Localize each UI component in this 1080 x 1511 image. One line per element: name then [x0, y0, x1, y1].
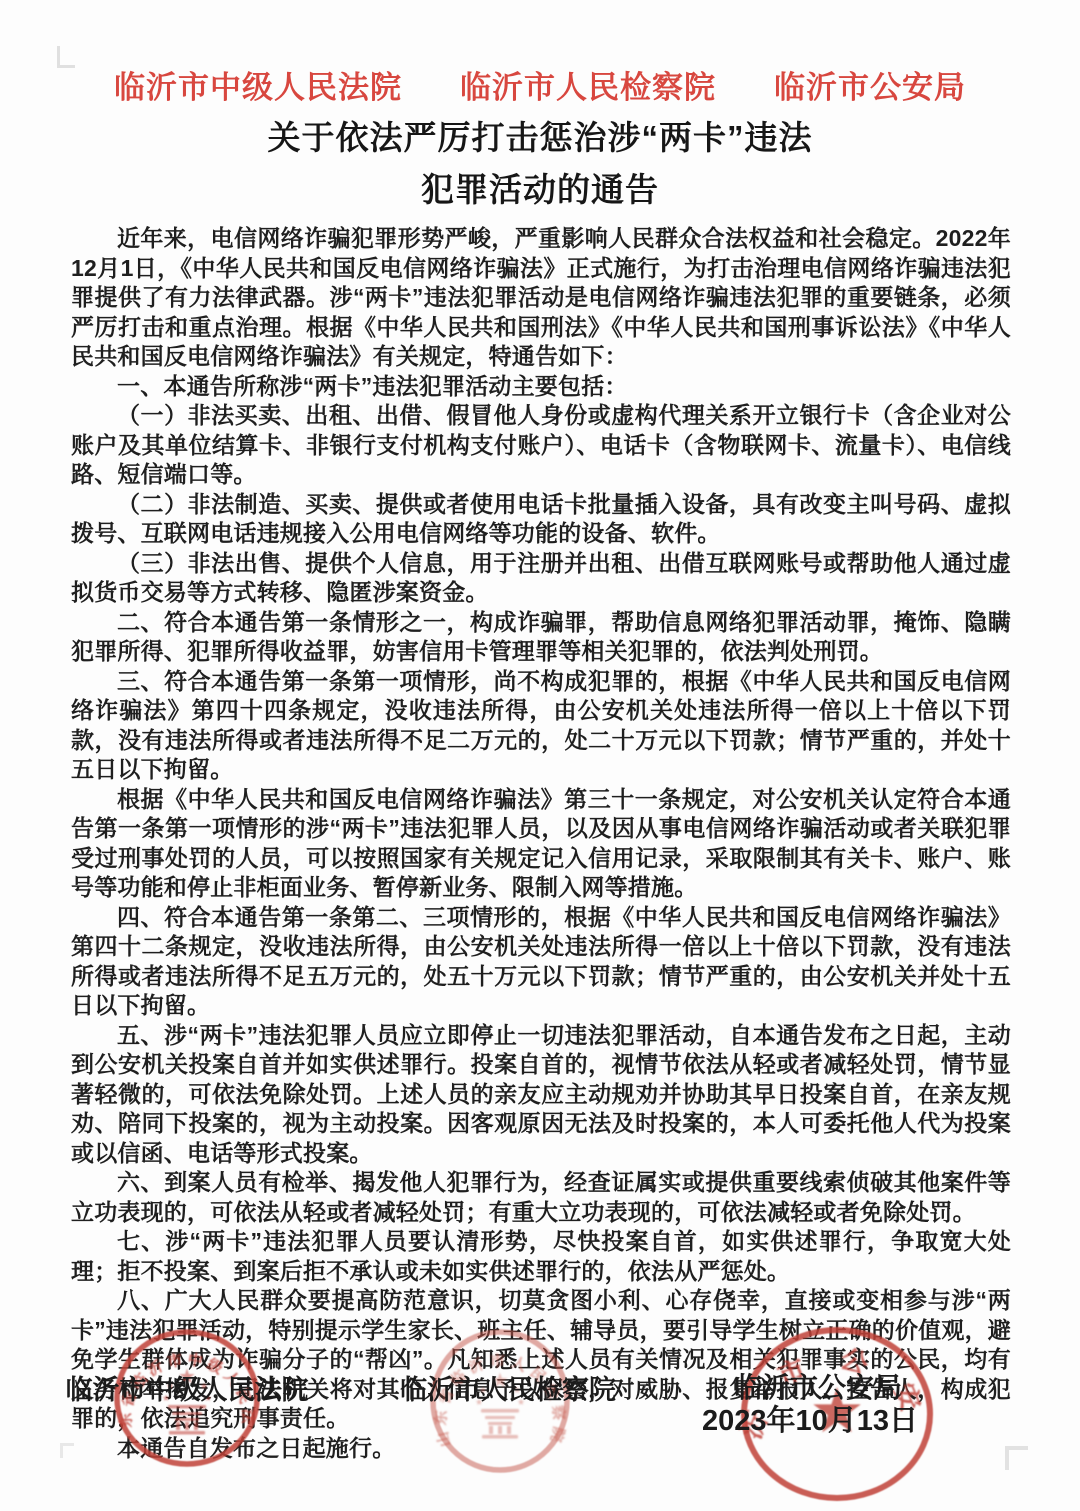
paragraph-item-1-2: （二）非法制造、买卖、提供或者使用电话卡批量插入设备，具有改变主叫号码、虚拟拨号… — [71, 490, 1011, 549]
paragraph-item-4: 四、符合本通告第一条第二、三项情形的，根据《中华人民共和国反电信网络诈骗法》第四… — [71, 903, 1011, 1021]
paragraph-item-3: 三、符合本通告第一条第一项情形，尚不构成犯罪的，根据《中华人民共和国反电信网络诈… — [71, 667, 1011, 785]
title-line-2: 犯罪活动的通告 — [421, 171, 659, 208]
document-title: 关于依法严厉打击惩治涉“两卡”违法 犯罪活动的通告 — [0, 112, 1080, 216]
paragraph-item-6: 六、到案人员有检举、揭发他人犯罪行为，经查证属实或提供重要线索侦破其他案件等立功… — [71, 1168, 1011, 1227]
paragraph-item-1-1: （一）非法买卖、出租、出借、假冒他人身份或虚构代理关系开立银行卡（含企业对公账户… — [71, 401, 1011, 490]
org-name-court: 临沂市中级人民法院 — [114, 62, 402, 107]
paragraph-item-3b: 根据《中华人民共和国反电信网络诈骗法》第三十一条规定，对公安机关认定符合本通告第… — [71, 785, 1011, 903]
paragraph-item-5: 五、涉“两卡”违法犯罪人员应立即停止一切违法犯罪活动，自本通告发布之日起，主动到… — [71, 1021, 1011, 1169]
seal-label-procuratorate: 临沂市人民检察院 — [358, 1368, 658, 1407]
paragraph-item-1-3: （三）非法出售、提供个人信息，用于注册并出租、出借互联网账号或帮助他人通过虚拟货… — [71, 549, 1011, 608]
notice-body: 近年来，电信网络诈骗犯罪形势严峻，严重影响人民群众合法权益和社会稳定。2022年… — [71, 224, 1011, 1463]
document-header: 临沂市中级人民法院 临沂市人民检察院 临沂市公安局 — [0, 62, 1080, 107]
document-page: 临沂市中级人民法院 临沂市人民检察院 临沂市公安局 关于依法严厉打击惩治涉“两卡… — [0, 0, 1080, 1511]
seal-date: 2023年10月13日 — [655, 1398, 965, 1439]
org-name-police: 临沂市公安局 — [774, 62, 966, 107]
seal-label-court: 临沂市中级人民法院 — [37, 1368, 337, 1407]
paragraph-intro: 近年来，电信网络诈骗犯罪形势严峻，严重影响人民群众合法权益和社会稳定。2022年… — [71, 224, 1011, 372]
paragraph-item-2: 二、符合本通告第一条情形之一，构成诈骗罪，帮助信息网络犯罪活动罪，掩饰、隐瞒犯罪… — [71, 608, 1011, 667]
title-line-1: 关于依法严厉打击惩治涉“两卡”违法 — [268, 119, 813, 156]
org-name-procuratorate: 临沂市人民检察院 — [460, 62, 716, 107]
paragraph-item-1: 一、本通告所称涉“两卡”违法犯罪活动主要包括： — [71, 372, 1011, 402]
paragraph-item-7: 七、涉“两卡”违法犯罪人员要认清形势，尽快投案自首，如实供述罪行，争取宽大处理；… — [71, 1227, 1011, 1286]
